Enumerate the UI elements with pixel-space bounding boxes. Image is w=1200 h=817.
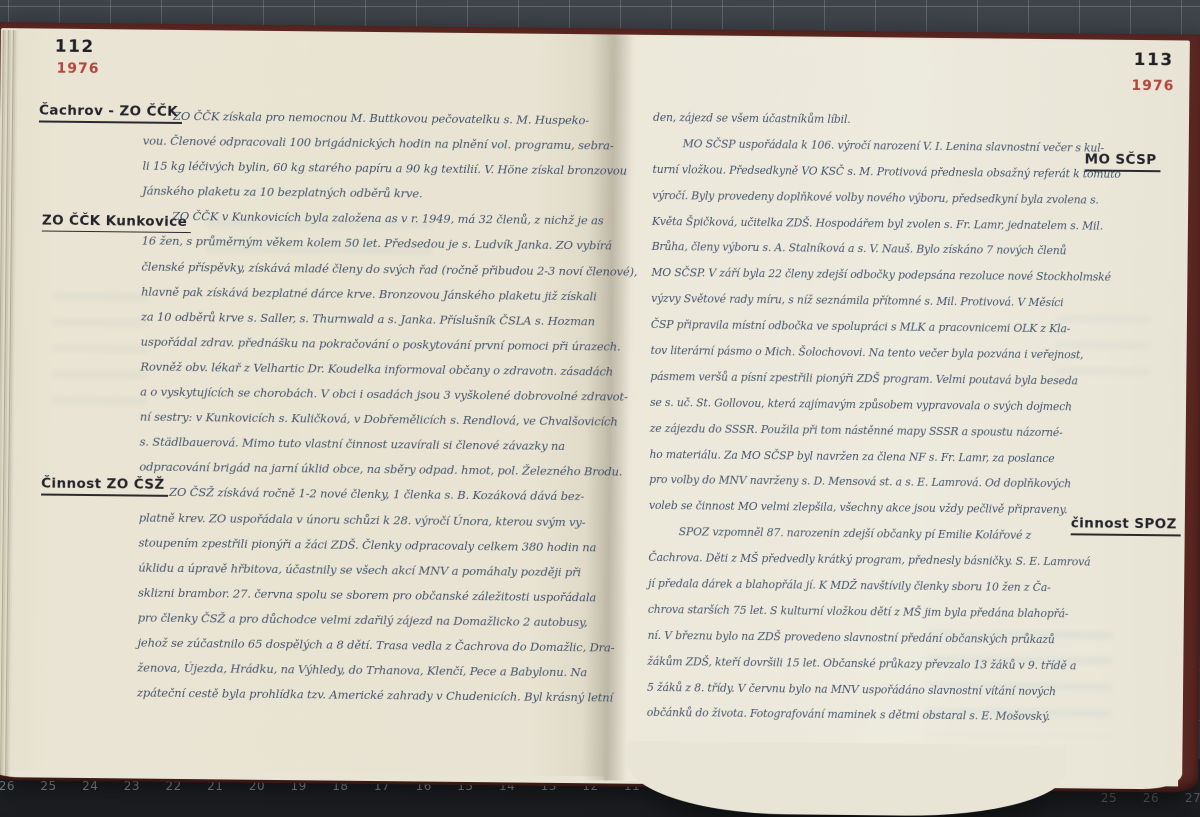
ruler-number: 26	[1130, 791, 1172, 805]
handwritten-line: ze zájezdu do SSSR. Použila při tom nást…	[650, 416, 1086, 446]
year-stamp-left: 1976	[56, 61, 99, 77]
handwritten-line: výročí. Byly provedeny doplňkové volby n…	[652, 183, 1088, 213]
ruler-number: 25	[1088, 791, 1130, 805]
ruler-scale-right: 252627	[1088, 791, 1200, 805]
handwritten-text-left: ZO ČČK získala pro nemocnou M. Buttkovou…	[137, 104, 613, 711]
handwritten-line: občánků do života. Fotografování maminek…	[647, 700, 1083, 730]
ruler-number: 27	[1172, 791, 1200, 805]
year-stamp-right: 1976	[1131, 78, 1174, 94]
handwritten-text-right: den, zájezd se všem účastníkům líbil.MO …	[647, 105, 1089, 731]
margin-heading-cinnost-spoz: činnost SPOZ	[1071, 515, 1181, 536]
page-number-right: 113	[1134, 50, 1174, 70]
ruler-number: 26	[0, 779, 28, 793]
handwritten-line: žákům ZDŠ, kteří dovršili 15 let. Občans…	[647, 649, 1083, 679]
handwritten-line: turní vložkou. Předsedkyně VO KSČ s. M. …	[652, 157, 1088, 187]
chronicle-book: 112 1976 Čachrov - ZO ČČK ZO ČČK Kunkovi…	[0, 22, 1200, 793]
ruler-number: 25	[28, 779, 70, 793]
page-number-left: 112	[55, 37, 95, 57]
handwritten-line: zpáteční cestě byla prohlídka tzv. Ameri…	[137, 681, 607, 711]
